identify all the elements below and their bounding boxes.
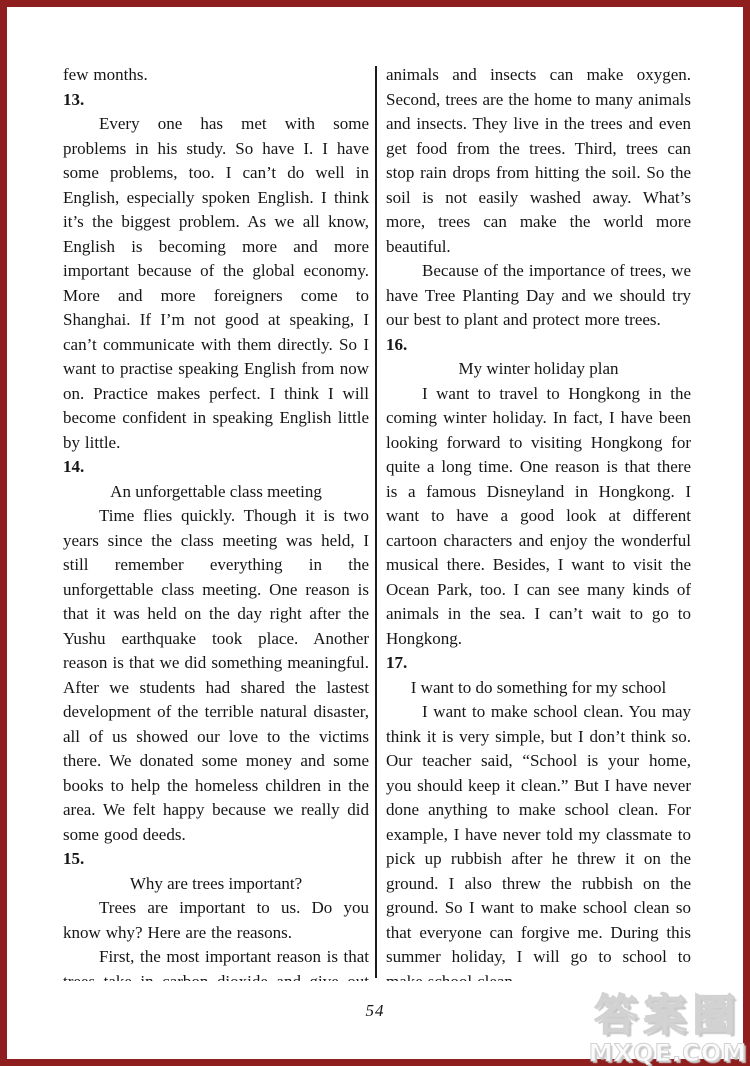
watermark-site-text: MXQE.COM [589, 1041, 747, 1066]
item-number-13: 13. [63, 88, 369, 113]
item-number-15: 15. [63, 847, 369, 872]
essay-title-16: My winter holiday plan [386, 357, 691, 382]
page-number: 54 [0, 1001, 750, 1021]
essay-title-17: I want to do something for my school [386, 676, 691, 701]
essay-paragraph-14: Time flies quickly. Though it is two yea… [63, 504, 369, 847]
continuation-text: animals and insects can make oxygen. Sec… [386, 63, 691, 259]
column-divider [375, 66, 377, 978]
essay-paragraph-15-body: First, the most important reason is that… [63, 945, 369, 981]
left-column: few months. 13. Every one has met with s… [63, 63, 369, 981]
item-number-14: 14. [63, 455, 369, 480]
essay-paragraph-15-intro: Trees are important to us. Do you know w… [63, 896, 369, 945]
item-number-16: 16. [386, 333, 691, 358]
essay-paragraph-13: Every one has met with some problems in … [63, 112, 369, 455]
essay-title-15: Why are trees important? [63, 872, 369, 897]
essay-paragraph-15-conclusion: Because of the importance of trees, we h… [386, 259, 691, 333]
essay-paragraph-16: I want to travel to Hongkong in the comi… [386, 382, 691, 652]
essay-title-14: An unforgettable class meeting [63, 480, 369, 505]
continuation-text: few months. [63, 63, 369, 88]
right-column: animals and insects can make oxygen. Sec… [386, 63, 691, 981]
item-number-17: 17. [386, 651, 691, 676]
essay-paragraph-17: I want to make school clean. You may thi… [386, 700, 691, 981]
